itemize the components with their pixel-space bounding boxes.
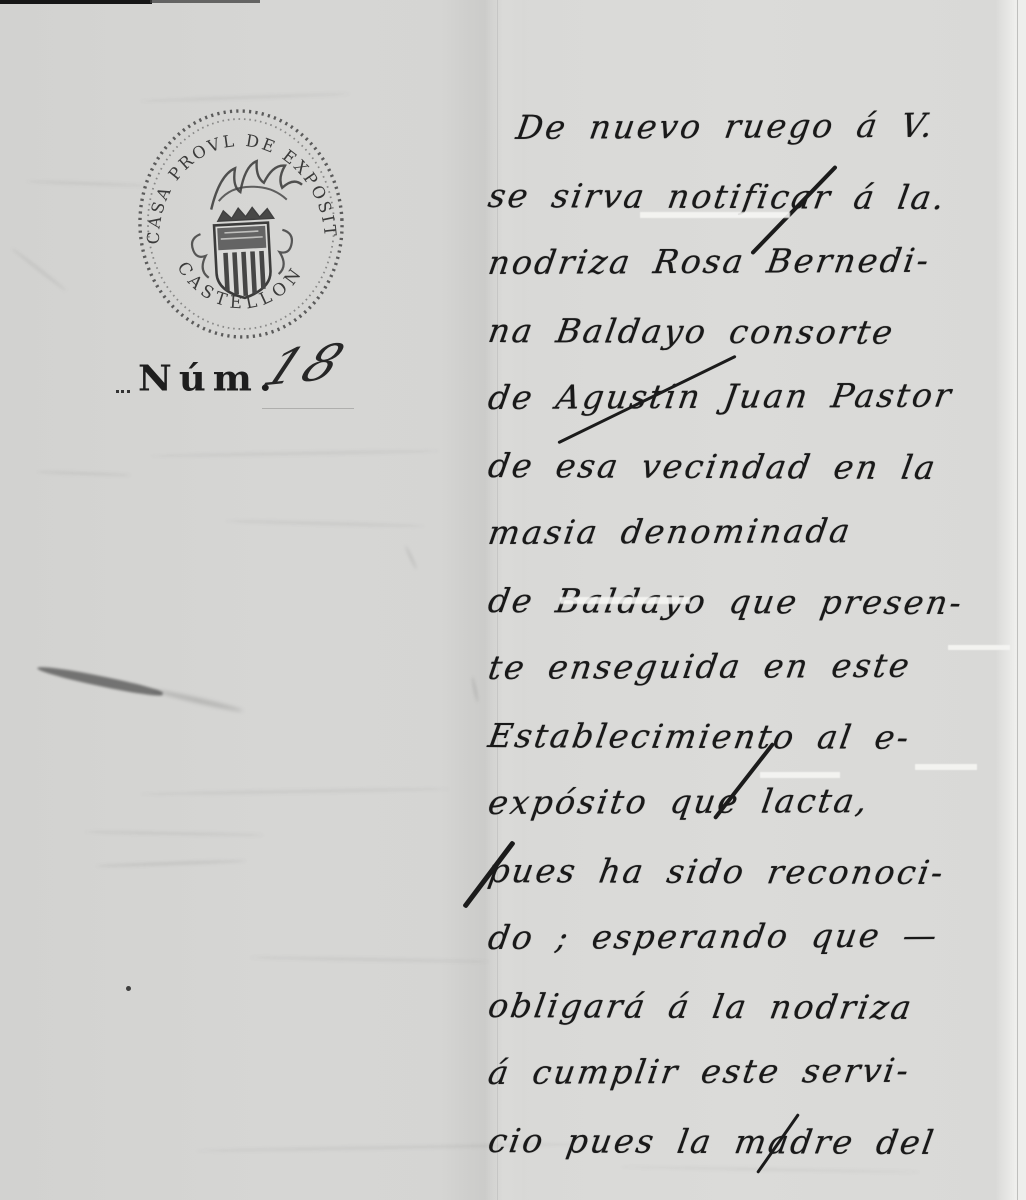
bleed-through-mark: [84, 830, 264, 836]
manuscript-line: cio pues la madre del: [483, 1111, 1026, 1181]
manuscript-line: se sirva notificar á la.: [483, 166, 1026, 236]
num-leader-dots: [116, 390, 130, 393]
scanned-letter-page: CASA PROVL DE EXPOSITOS DE CASTELLON Núm…: [0, 0, 1026, 1200]
scan-washout-streak: [915, 764, 977, 770]
manuscript-line: pues ha sido reconoci-: [483, 841, 1026, 911]
bleed-through-mark: [225, 519, 425, 527]
bleed-through-mark: [150, 449, 440, 457]
seal-crest-plumes-2: [218, 185, 287, 203]
manuscript-line: te enseguida en este: [483, 635, 1026, 705]
ink-dot: [126, 986, 131, 991]
manuscript-line: de esa vecindad en la: [483, 436, 1026, 506]
seal-crown: [217, 206, 274, 221]
manuscript-line: expósito que lacta,: [483, 770, 1026, 840]
scan-washout-streak: [640, 212, 790, 218]
scan-washout-streak: [560, 597, 690, 604]
scan-artifact-top-edge: [0, 0, 152, 4]
ink-smudge-tail: [153, 688, 244, 714]
manuscript-line: na Baldayo consorte: [483, 301, 1026, 371]
scan-artifact-top-edge-2: [150, 0, 260, 3]
manuscript-line: obligará á la nodriza: [483, 976, 1026, 1046]
manuscript-line: á cumplir este servi-: [483, 1040, 1026, 1110]
manuscript-line: nodriza Rosa Bernedi-: [483, 230, 1026, 300]
bleed-through-mark: [36, 470, 131, 476]
manuscript-line: De nuevo ruego á V.: [483, 95, 1026, 165]
ink-smudge: [36, 663, 163, 699]
bleed-through-mark: [26, 180, 146, 187]
bleed-through-mark: [404, 545, 418, 570]
bleed-through-mark: [96, 859, 246, 867]
manuscript-line: masia denominada: [483, 500, 1026, 570]
provincial-foundling-house-seal: CASA PROVL DE EXPOSITOS DE CASTELLON: [128, 99, 354, 350]
scan-washout-streak: [760, 772, 840, 778]
manuscript-text-block: De nuevo ruego á V. se sirva notificar á…: [488, 98, 1022, 1178]
numero-baseline-rule: [262, 408, 354, 409]
bleed-through-mark: [140, 787, 450, 795]
manuscript-line: de Agustin Juan Pastor: [483, 365, 1026, 435]
scan-washout-streak: [948, 645, 1010, 650]
manuscript-line: de Baldayo que presen-: [483, 571, 1026, 641]
paper-crease: [10, 247, 67, 292]
manuscript-line: do ; esperando que —: [483, 905, 1026, 975]
